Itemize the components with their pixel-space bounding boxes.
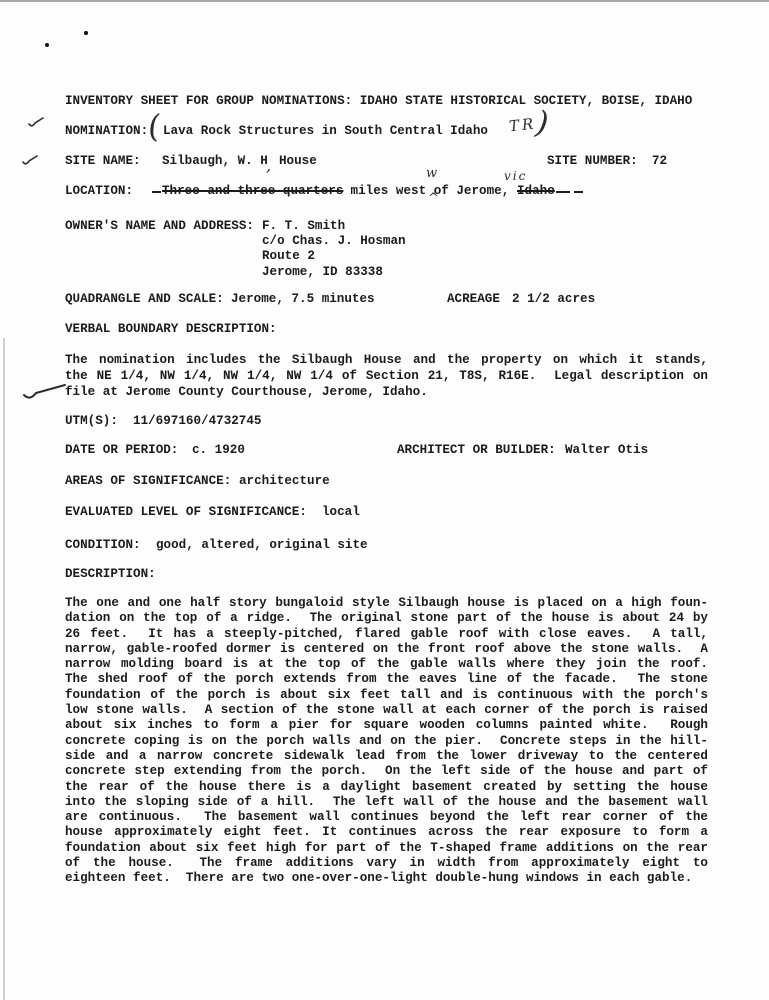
text-line: the NE 1/4, NW 1/4, NW 1/4, NW 1/4 of Se… [65,368,708,384]
location-label: LOCATION: [65,184,133,198]
handwritten-vicinity-note: vic [504,169,527,183]
nomination-value: Lava Rock Structures in South Central Id… [163,124,488,138]
location-struck-state: Idaho [517,184,555,198]
text-line: dation on the top of a ridge. The origin… [65,611,708,626]
owner-address-block: F. T. Smithc/o Chas. J. HosmanRoute 2Jer… [262,219,406,280]
description-label: DESCRIPTION: [65,567,156,581]
condition-row: CONDITION: good, altered, original site [0,538,769,554]
text-line: The one and one half story bungaloid sty… [65,596,708,611]
text-line: foundation about six feet high for part … [65,841,708,856]
utm-label: UTM(S): [65,414,118,428]
text-line: concrete step extending from the porch. … [65,764,708,779]
date-architect-row: DATE OR PERIOD: c. 1920 ARCHITECT OR BUI… [0,443,769,459]
text-line: are continuous. The basement wall contin… [65,810,708,825]
acreage-value: 2 1/2 acres [512,292,595,306]
checkmark-annotation [22,153,39,167]
text-line: F. T. Smith [262,219,406,234]
acreage-label: ACREAGE [447,292,500,306]
verbal-boundary-paragraph: The nomination includes the Silbaugh Hou… [65,352,708,400]
text-line: the rear of the house there is a dayligh… [65,780,708,795]
ink-dot [45,43,49,47]
text-line: narrow, gable-roofed dormer is centered … [65,642,708,657]
quadrangle-row: QUADRANGLE AND SCALE: Jerome, 7.5 minute… [0,292,769,308]
condition-value: good, altered, original site [156,538,368,552]
text-line: house approximately eight feet. It conti… [65,825,708,840]
handwritten-tr-abbreviation: TR [508,115,537,136]
text-line: The nomination includes the Silbaugh Hou… [65,352,708,368]
condition-label: CONDITION: [65,538,141,552]
location-struck-distance: Three and three-quarters [162,184,343,198]
handwritten-paren-open: ( [146,109,161,146]
utm-row: UTM(S): 11/697160/4732745 [0,414,769,430]
site-name-value: Silbaugh, W. H [162,154,268,168]
text-line: into the sloping side of a hill. The lef… [65,795,708,810]
strikethrough-lead-mark [152,191,161,193]
handwritten-caret-icon: ^ [428,191,439,206]
text-line: eighteen feet. There are two one-over-on… [65,871,708,886]
evaluated-level-value: local [322,505,360,519]
ink-dot [84,31,88,35]
strikethrough-tail-mark [556,191,570,193]
quadrangle-value: Jerome, 7.5 minutes [231,292,375,306]
scan-left-edge [3,338,5,1000]
text-line: c/o Chas. J. Hosman [262,234,406,249]
evaluated-level-label: EVALUATED LEVEL OF SIGNIFICANCE: [65,505,307,519]
site-number-value: 72 [652,154,667,168]
owner-label: OWNER'S NAME AND ADDRESS: [65,219,254,233]
nomination-label: NOMINATION: [65,124,148,138]
description-heading-row: DESCRIPTION: [0,567,769,583]
text-line: Jerome, ID 83338 [262,265,406,280]
handwritten-comma-insert: , [266,156,271,175]
site-name-label: SITE NAME: [65,154,141,168]
strikethrough-tail-mark [574,191,583,193]
verbal-boundary-row: VERBAL BOUNDARY DESCRIPTION: [0,322,769,338]
evaluated-level-row: EVALUATED LEVEL OF SIGNIFICANCE: local [0,505,769,521]
date-or-period-value: c. 1920 [192,443,245,457]
areas-of-significance-label: AREAS OF SIGNIFICANCE: [65,474,231,488]
text-line: The shed roof of the porch extends from … [65,672,708,687]
scan-top-edge [0,0,769,2]
location-row: LOCATION: Three and three-quarters miles… [0,184,769,200]
site-name-value-suffix: House [279,154,317,168]
verbal-boundary-label: VERBAL BOUNDARY DESCRIPTION: [65,322,277,336]
utm-value: 11/697160/4732745 [133,414,261,428]
inventory-sheet-scan: INVENTORY SHEET FOR GROUP NOMINATIONS: I… [0,0,769,1000]
description-paragraph: The one and one half story bungaloid sty… [65,596,708,887]
text-line: foundation of the porch is about six fee… [65,688,708,703]
checkmark-annotation [22,383,68,400]
architect-label: ARCHITECT OR BUILDER: [397,443,556,457]
text-line: narrow molding board is at the top of th… [65,657,708,672]
text-line: concrete coping is on the porch walls an… [65,734,708,749]
text-line: about six inches to form a pier for squa… [65,718,708,733]
text-line: side and a narrow concrete sidewalk lead… [65,749,708,764]
text-line: 26 feet. It has a steeply-pitched, flare… [65,627,708,642]
text-line: Route 2 [262,249,406,264]
areas-of-significance-value: architecture [239,474,330,488]
nomination-row: NOMINATION: Lava Rock Structures in Sout… [0,124,769,140]
handwritten-west-insert: w [426,166,437,181]
architect-value: Walter Otis [565,443,648,457]
site-number-label: SITE NUMBER: [547,154,638,168]
document-header-row: INVENTORY SHEET FOR GROUP NOMINATIONS: I… [0,94,769,110]
text-line: low stone walls. A section of the stone … [65,703,708,718]
text-line: of the house. The frame additions vary i… [65,856,708,871]
areas-of-significance-row: AREAS OF SIGNIFICANCE: architecture [0,474,769,490]
document-title: INVENTORY SHEET FOR GROUP NOMINATIONS: I… [65,94,692,108]
checkmark-annotation [28,116,45,129]
quadrangle-label: QUADRANGLE AND SCALE: [65,292,224,306]
date-or-period-label: DATE OR PERIOD: [65,443,178,457]
site-name-row: SITE NAME: Silbaugh, W. H House SITE NUM… [0,154,769,170]
text-line: file at Jerome County Courthouse, Jerome… [65,384,708,400]
